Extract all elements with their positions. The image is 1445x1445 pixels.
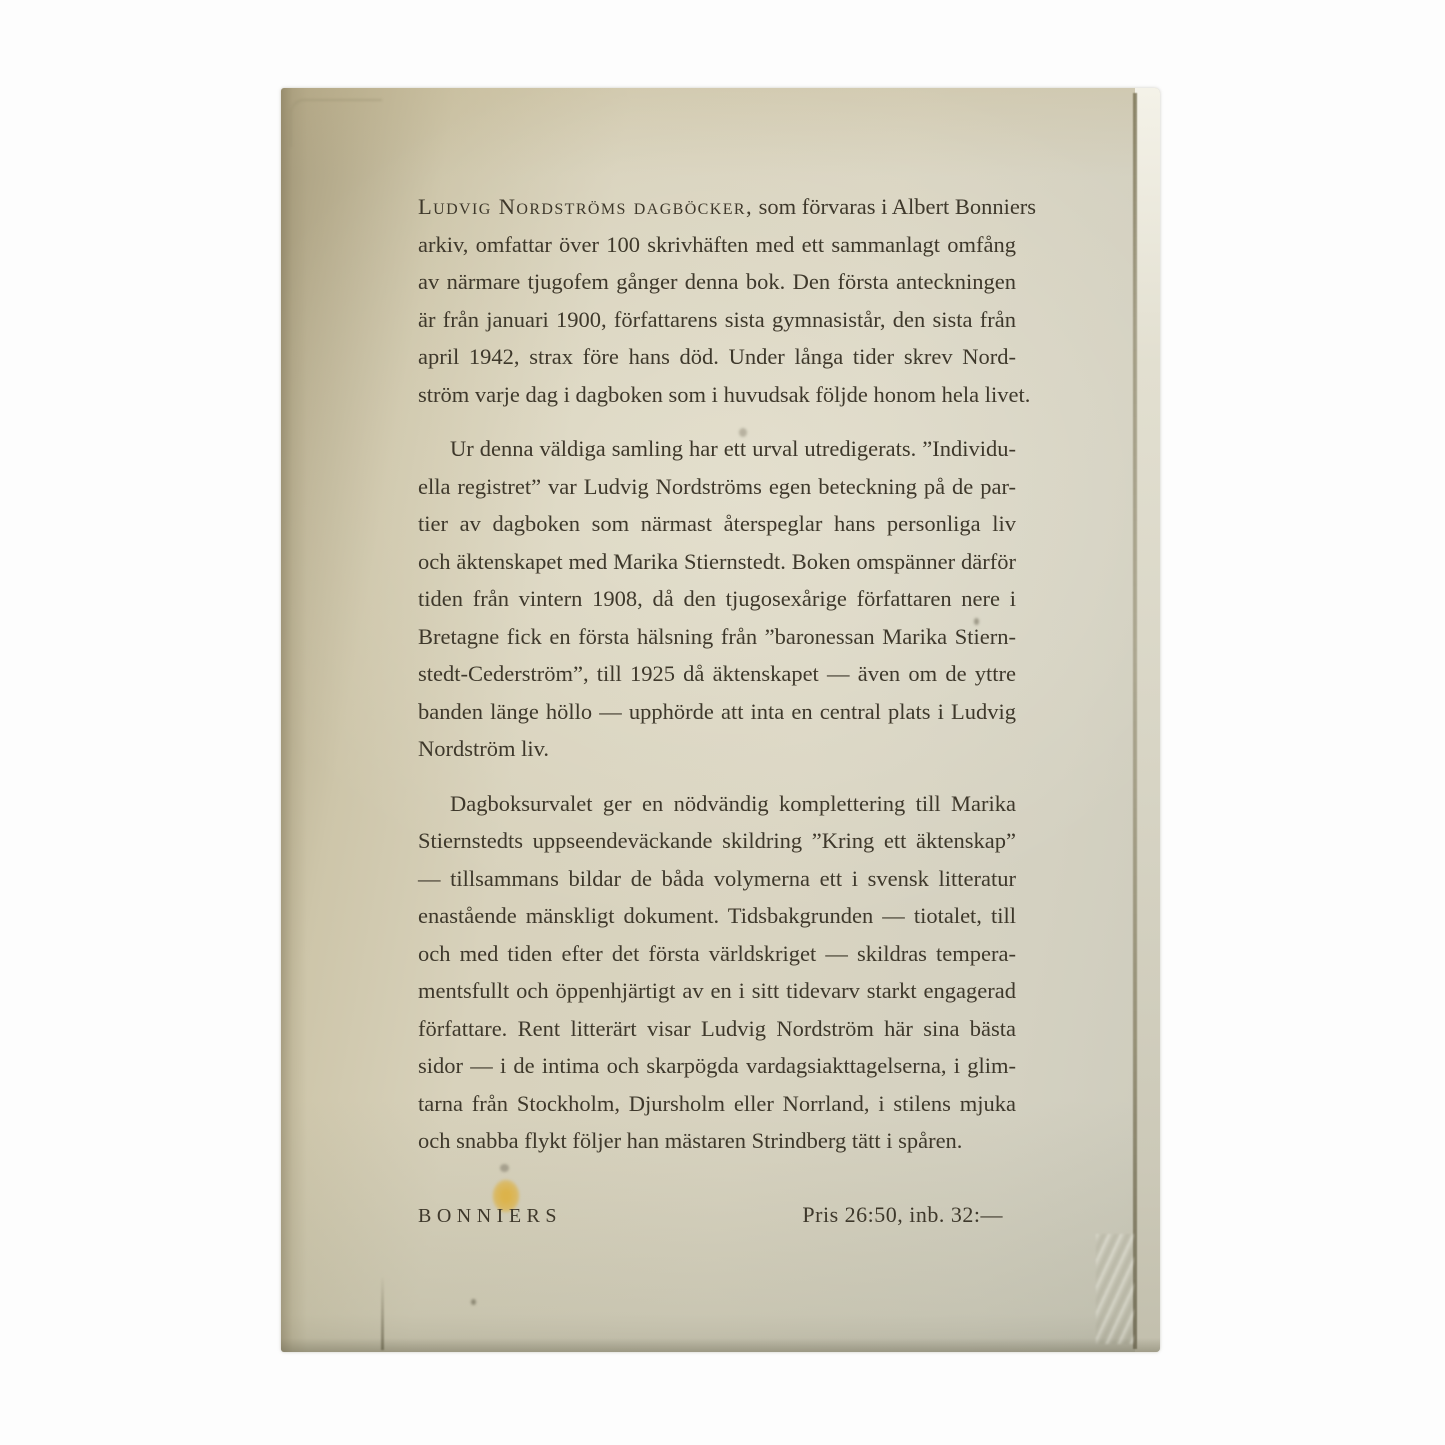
blurb-line: Stiernstedts uppseendeväckande skildring…	[418, 822, 1016, 860]
blurb-line: Ludvig Nordströms dagböcker, som förvara…	[418, 188, 1016, 226]
small-caps-lead: Ludvig Nordströms dagböcker,	[418, 194, 753, 219]
blurb-line: och med tiden efter det första världskri…	[418, 935, 1016, 973]
blurb-line: sidor — i de intima och skarpögda vardag…	[418, 1047, 1016, 1085]
cover-left-edge-shading	[281, 88, 307, 1352]
blurb-line: tier av dagboken som närmast återspeglar…	[418, 505, 1016, 543]
jacket-flap-strip	[1135, 88, 1160, 1352]
blurb-line: och snabba flykt följer han mästaren Str…	[418, 1122, 1016, 1160]
blurb-line: ella registret” var Ludvig Nordströms eg…	[418, 468, 1016, 506]
blurb-line: arkiv, omfattar över 100 skrivhäften med…	[418, 226, 1016, 264]
blurb-line: mentsfullt och öppenhjärtigt av en i sit…	[418, 972, 1016, 1010]
blurb-line: stedt-Cederström”, till 1925 då äktenska…	[418, 655, 1016, 693]
blurb-line: april 1942, strax före hans död. Under l…	[418, 338, 1016, 376]
blurb: Ludvig Nordströms dagböcker, som förvara…	[418, 188, 1016, 1160]
publisher-name: BONNIERS	[418, 1205, 562, 1228]
bottom-right-scuff-marks	[1096, 1234, 1134, 1344]
dark-speck	[471, 1299, 476, 1305]
blurb-line: av närmare tjugofem gånger denna bok. De…	[418, 263, 1016, 301]
blurb-paragraph: Ludvig Nordströms dagböcker, som förvara…	[418, 188, 1016, 413]
blurb-line: Nordström liv.	[418, 730, 1016, 768]
blurb-line: Bretagne fick en första hälsning från ”b…	[418, 618, 1016, 656]
bottom-left-crease	[381, 1276, 384, 1350]
blurb-line: författare. Rent litterärt visar Ludvig …	[418, 1010, 1016, 1048]
book-back-cover: Ludvig Nordströms dagböcker, som förvara…	[281, 88, 1160, 1352]
blurb-line: är från januari 1900, författarens sista…	[418, 301, 1016, 339]
blurb-line: banden länge höllo — upphörde att inta e…	[418, 693, 1016, 731]
jacket-fold-line	[1133, 93, 1137, 1349]
blurb-line: — tillsammans bildar de båda volymerna e…	[418, 860, 1016, 898]
photo-background: Ludvig Nordströms dagböcker, som förvara…	[0, 0, 1445, 1445]
blurb-line: tiden från vintern 1908, då den tjugosex…	[418, 580, 1016, 618]
blurb-line: Ur denna väldiga samling har ett urval u…	[418, 430, 1016, 468]
footer: BONNIERS Pris 26:50, inb. 32:—	[418, 1202, 1016, 1228]
blurb-paragraph: Dagboksurvalet ger en nödvändig komplett…	[418, 785, 1016, 1160]
blurb-line: och äktenskapet med Marika Stiernstedt. …	[418, 543, 1016, 581]
blurb-line: enastående mänskligt dokument. Tidsbakgr…	[418, 897, 1016, 935]
gray-smudge	[500, 1164, 509, 1172]
blurb-paragraph: Ur denna väldiga samling har ett urval u…	[418, 430, 1016, 768]
blurb-line: Dagboksurvalet ger en nödvändig komplett…	[418, 785, 1016, 823]
blurb-line: tarna från Stockholm, Djursholm eller No…	[418, 1085, 1016, 1123]
blurb-line: ström varje dag i dagboken som i huvudsa…	[418, 376, 1016, 414]
top-left-corner-crease	[290, 99, 382, 147]
price-label: Pris 26:50, inb. 32:—	[802, 1202, 1003, 1228]
cover-bottom-edge-shadow	[281, 1338, 1160, 1352]
